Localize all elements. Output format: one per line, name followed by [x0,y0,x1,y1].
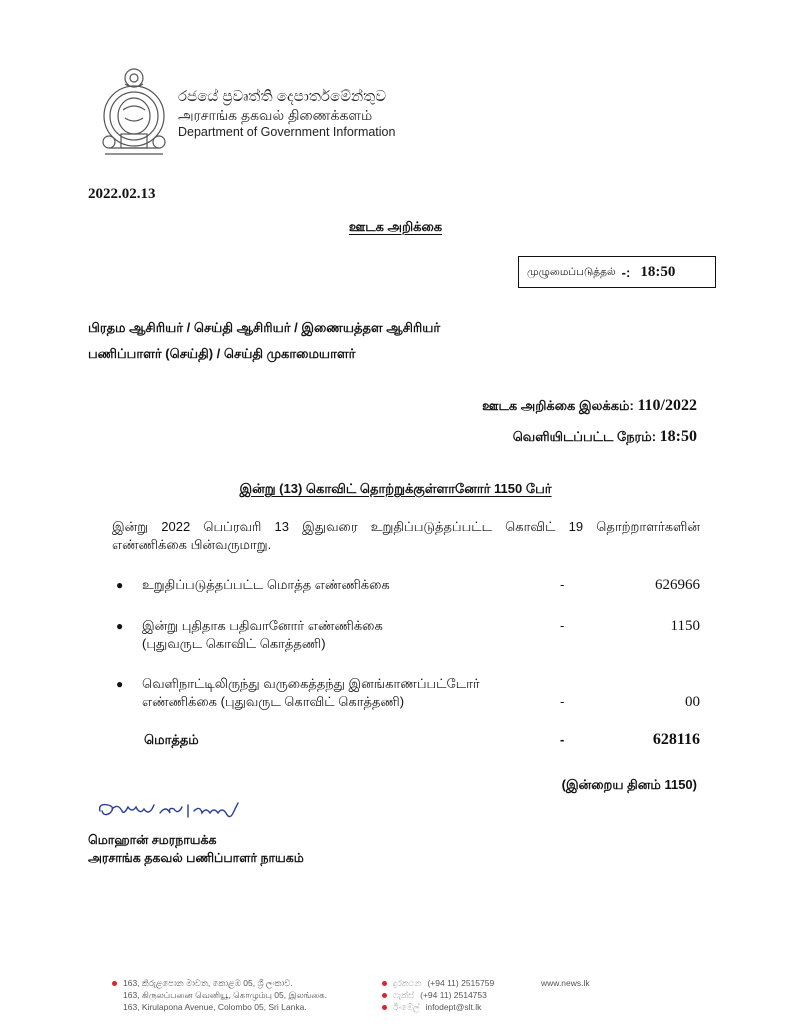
total-value: 628116 [653,731,700,749]
stat-label: வெளிநாட்டிலிருந்து வருகைத்தந்து இனங்காணப… [142,675,480,711]
address-line-sinhala: 163, කිරුළපොන මාවත, කොළඹ 05, ශ්‍රී ලංකාව… [123,978,293,988]
bullet-icon [382,993,387,998]
update-label: முழுமைப்படுத்தல் [527,266,616,279]
bullet-icon: ● [116,617,123,635]
update-separator: -: [622,265,631,280]
stat-label-line: எண்ணிக்கை (புதுவருட கொவிட் கொத்தணி) [142,694,404,709]
stat-value: 00 [685,693,700,711]
recipients-line-2: பணிப்பாளர் (செய்தி) / செய்தி முகாமையாளர் [88,346,355,363]
org-name-tamil: அரசாங்க தகவல் திணைக்களம் [178,107,372,126]
stat-label-line: (புதுவருட கொவிட் கொத்தணி) [142,636,326,651]
headline-text: இன்று (13) கொவிட் தொற்றுக்குள்ளானோர் 115… [239,481,551,496]
address-line-english: 163, Kirulapona Avenue, Colombo 05, Sri … [112,1001,327,1013]
footer-contacts: දුරකථන(+94 11) 2515759 ෆැක්ස්(+94 11) 25… [382,977,494,1013]
address-line-tamil: 163, கிருலப்பனை வெனியூ, கொழும்பு 05, இலங… [112,989,327,1001]
headline: இன்று (13) கொவிட் தொற்றுக்குள்ளானோர் 115… [0,481,791,498]
sri-lanka-emblem-icon [95,64,173,158]
stat-label: இன்று புதிதாக பதிவானோர் எண்ணிக்கை (புதுவ… [142,617,383,653]
email-contact: ඊ-මේල්infodept@slt.lk [382,1001,494,1013]
intro-paragraph: இன்று 2022 பெப்ரவரி 13 இதுவரை உறுதிப்படு… [112,518,700,554]
release-time-value: 18:50 [660,428,697,445]
email-label: ඊ-මේල් [393,1002,419,1012]
press-heading-text: ஊடக அறிக்கை [349,219,442,234]
bullet-icon [382,1005,387,1010]
stat-dash: - [560,693,564,711]
update-time: 18:50 [640,264,675,281]
release-time-label: வெளியிடப்பட்ட நேரம்: [513,429,656,444]
footer-address: 163, කිරුළපොන මාවත, කොළඹ 05, ශ්‍රී ලංකාව… [112,977,327,1013]
bullet-icon: ● [116,675,123,693]
email-link[interactable]: infodept@slt.lk [425,1002,481,1012]
stat-dash: - [560,617,564,635]
stat-label: உறுதிப்படுத்தப்பட்ட மொத்த எண்ணிக்கை [142,576,390,594]
signature-image [96,797,276,829]
stat-label-line: இன்று புதிதாக பதிவானோர் எண்ணிக்கை [142,618,383,633]
signer-name: மொஹான் சமரநாயக்க [88,833,216,849]
document-date: 2022.02.13 [88,186,156,203]
total-label: மொத்தம் [144,731,199,749]
bullet-icon: ● [116,576,123,594]
org-name-sinhala: රජයේ ප්‍රවෘත්ති දෙපාර්තමේන්තුව [178,88,386,105]
today-note: (இன்றைய தினம் 1150) [562,777,697,794]
phone-contact: දුරකථන(+94 11) 2515759 [382,977,494,989]
bullet-icon [382,981,387,986]
website-link[interactable]: www.news.lk [541,977,590,989]
total-dash: - [560,731,564,749]
update-box: முழுமைப்படுத்தல் -: 18:50 [518,256,716,288]
bullet-icon [112,981,117,986]
fax-number: (+94 11) 2514753 [420,990,487,1000]
stat-dash: - [560,576,564,594]
recipients-line-1: பிரதம ஆசிரியர் / செய்தி ஆசிரியர் / இணையத… [88,320,440,337]
org-name-english: Department of Government Information [178,125,395,139]
stat-label-line: வெளிநாட்டிலிருந்து வருகைத்தந்து இனங்காணப… [142,676,480,691]
release-number-value: 110/2022 [637,397,697,414]
fax-contact: ෆැක්ස්(+94 11) 2514753 [382,989,494,1001]
signer-title: அரசாங்க தகவல் பணிப்பாளர் நாயகம் [88,851,304,867]
release-number: ஊடக அறிக்கை இலக்கம்: 110/2022 [482,397,697,415]
fax-label: ෆැක්ස් [393,990,414,1000]
release-time: வெளியிடப்பட்ட நேரம்: 18:50 [513,428,697,446]
release-number-label: ஊடக அறிக்கை இலக்கம்: [482,398,634,413]
phone-number[interactable]: (+94 11) 2515759 [427,978,494,988]
stat-value: 1150 [671,617,700,635]
press-heading: ஊடக அறிக்கை [0,219,791,236]
phone-label: දුරකථන [393,978,421,988]
stat-value: 626966 [655,576,700,594]
